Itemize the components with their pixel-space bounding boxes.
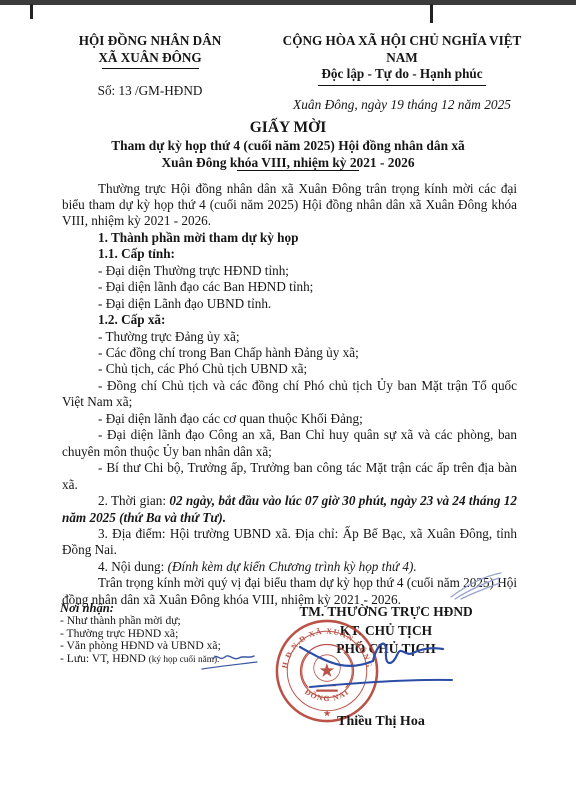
list-item: - Bí thư Chi bộ, Trưởng ấp, Trưởng ban c… <box>62 460 517 493</box>
pen-flourish-mark <box>445 571 507 601</box>
document-header: HỘI ĐỒNG NHÂN DÂN XÃ XUÂN ĐÔNG Số: 13 /G… <box>52 33 576 113</box>
motto-line: Độc lập - Tự do - Hạnh phúc <box>266 66 538 83</box>
recipient-last-text: - Lưu: VT, HĐND <box>60 652 149 665</box>
margin-tick-left <box>30 4 33 19</box>
content-label: 4. Nội dung: <box>98 559 168 574</box>
national-motto-block: CỘNG HÒA XÃ HỘI CHỦ NGHĨA VIỆT NAM Độc l… <box>266 33 538 113</box>
time-label: 2. Thời gian: <box>98 493 169 508</box>
document-subtitle-2: Xuân Đông khóa VIII, nhiệm kỳ 2021 - 202… <box>0 154 576 171</box>
motto-underline <box>318 85 486 86</box>
list-item: - Thường trực Đảng ủy xã; <box>62 329 517 345</box>
list-item: - Đại diện Thường trực HĐND tỉnh; <box>62 263 517 279</box>
section-1-1-heading: 1.1. Cấp tỉnh: <box>62 246 517 262</box>
authority-line1: HỘI ĐỒNG NHÂN DÂN <box>52 33 248 50</box>
document-page: HỘI ĐỒNG NHÂN DÂN XÃ XUÂN ĐÔNG Số: 13 /G… <box>0 0 576 803</box>
chairperson-signature <box>285 631 460 693</box>
list-item: - Chủ tịch, các Phó Chủ tịch UBND xã; <box>62 361 517 377</box>
title-block: GIẤY MỜI Tham dự kỳ họp thứ 4 (cuối năm … <box>0 118 576 171</box>
section-1-2-heading: 1.2. Cấp xã: <box>62 312 517 328</box>
document-number: Số: 13 /GM-HĐND <box>52 83 248 99</box>
list-item: - Đại diện Lãnh đạo UBND tỉnh. <box>62 296 517 312</box>
document-body: Thường trực Hội đồng nhân dân xã Xuân Đô… <box>62 181 517 609</box>
section-1-heading: 1. Thành phần mời tham dự kỳ họp <box>62 230 517 246</box>
list-item: - Đại diện lãnh đạo các cơ quan thuộc Kh… <box>62 411 517 427</box>
top-border-bar <box>0 0 576 5</box>
recipient-item: - Như thành phần mời dự; <box>60 615 260 628</box>
recipients-title: Nơi nhận: <box>60 601 260 615</box>
list-item: - Đồng chí Chủ tịch và các đồng chí Phó … <box>62 378 517 411</box>
signer-name: Thiều Thị Hoa <box>286 714 476 730</box>
content-value: (Đính kèm dự kiến Chương trình kỳ họp th… <box>168 559 417 574</box>
country-line: CỘNG HÒA XÃ HỘI CHỦ NGHĨA VIỆT NAM <box>266 33 538 66</box>
subtitle-partial-underline <box>237 170 359 171</box>
document-title: GIẤY MỜI <box>0 118 576 137</box>
place-paragraph: 3. Địa điểm: Hội trường UBND xã. Địa chỉ… <box>62 526 517 559</box>
margin-tick-right <box>430 4 433 23</box>
intro-paragraph: Thường trực Hội đồng nhân dân xã Xuân Đô… <box>62 181 517 230</box>
authority-line2: XÃ XUÂN ĐÔNG <box>52 50 248 67</box>
document-subtitle-1: Tham dự kỳ họp thứ 4 (cuối năm 2025) Hội… <box>0 137 576 154</box>
list-item: - Đại diện lãnh đạo Công an xã, Ban Chỉ … <box>62 427 517 460</box>
time-paragraph: 2. Thời gian: 02 ngày, bắt đầu vào lúc 0… <box>62 493 517 526</box>
authority-underline <box>102 68 199 69</box>
list-item: - Đại diện lãnh đạo các Ban HĐND tỉnh; <box>62 279 517 295</box>
place-date-line: Xuân Đông, ngày 19 tháng 12 năm 2025 <box>266 97 538 113</box>
list-item: - Các đồng chí trong Ban Chấp hành Đảng … <box>62 345 517 361</box>
issuing-authority-block: HỘI ĐỒNG NHÂN DÂN XÃ XUÂN ĐÔNG Số: 13 /G… <box>52 33 248 113</box>
